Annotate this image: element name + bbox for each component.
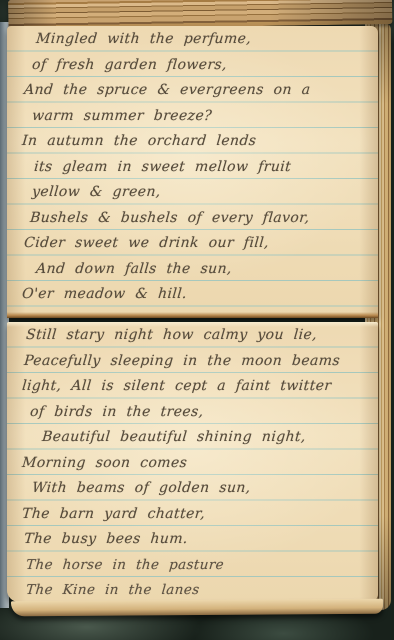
handwritten-line: With beams of golden sun,	[19, 475, 376, 501]
handwritten-line: And the spruce & evergreens on a	[19, 77, 376, 103]
lower-page: Still stary night how calmy you lie, Pea…	[7, 322, 378, 602]
lower-page-text: Still stary night how calmy you lie, Pea…	[7, 322, 378, 602]
handwritten-line: Still stary night how calmy you lie,	[19, 322, 376, 348]
handwritten-line: light, All is silent cept a faint twitte…	[19, 373, 376, 399]
handwritten-line: O'er meadow & hill.	[19, 281, 376, 307]
handwritten-line: And down falls the sun,	[19, 256, 376, 282]
handwritten-line: The busy bees hum.	[19, 526, 376, 552]
handwritten-line: Morning soon comes	[19, 450, 376, 476]
handwritten-line: Peacefully sleeping in the moon beams	[19, 348, 376, 374]
handwritten-line: warm summer breeze?	[19, 103, 376, 129]
handwritten-line: of birds in the trees,	[19, 399, 376, 425]
handwritten-line: yellow & green,	[19, 179, 376, 205]
handwritten-line: The horse in the pasture	[19, 552, 376, 578]
upper-page: Mingled with the perfume, of fresh garde…	[7, 26, 378, 318]
handwritten-line: Mingled with the perfume,	[19, 26, 376, 52]
notebook-photo: Mingled with the perfume, of fresh garde…	[0, 0, 394, 640]
handwritten-line: Beautiful beautiful shining night,	[19, 424, 376, 450]
handwritten-line: of fresh garden flowers,	[19, 52, 376, 78]
handwritten-line: Cider sweet we drink our fill,	[19, 230, 376, 256]
handwritten-line: Bushels & bushels of every flavor,	[19, 205, 376, 231]
handwritten-line: In autumn the orchard lends	[19, 128, 376, 154]
handwritten-line: The barn yard chatter,	[19, 501, 376, 527]
handwritten-line: its gleam in sweet mellow fruit	[19, 154, 376, 180]
page-bottom-edge	[11, 599, 383, 617]
upper-page-text: Mingled with the perfume, of fresh garde…	[7, 26, 378, 307]
